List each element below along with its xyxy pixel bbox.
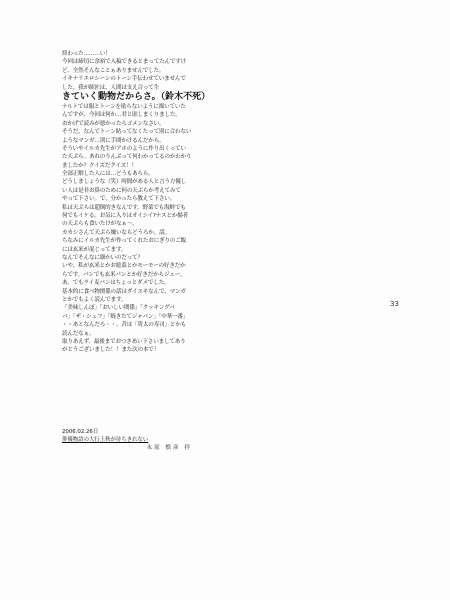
text-line: の天ぷらも食いたけがなぁ～。: [62, 220, 202, 228]
text-line: ・・あとなんだろ・・。昔は「将太の寿司」とかも: [62, 321, 202, 329]
author-signature: 永原 慎彦 拝: [62, 444, 202, 453]
page-number: 33: [390, 300, 399, 308]
text-line: やって下さい。で、分かったら教えて下さい。: [62, 195, 202, 203]
text-line: そうだ、なんでトーン貼ってなくたって別に合わない: [62, 128, 202, 136]
afterword-text: 終わった………い！今回は締切に余裕で入稿できるとまってたんですけど、全然そんなこ…: [62, 50, 202, 355]
text-line: パ」「ザ・シェフ」「焼きたてジャパン」「中華一番」: [62, 313, 202, 321]
caption: 俳優物語の大行上秋が待ちきれない: [62, 436, 202, 444]
text-line: た天ぷら。あれのりんぷって何わかってるのかわかり: [62, 153, 202, 161]
text-line: 読んだなぁ。: [62, 330, 202, 338]
text-line: カカシさんて天ぷら嫌いならどうろか。話。: [62, 229, 202, 237]
text-line: 取りあえず、最後までおつきあい下さいましてあり: [62, 338, 202, 346]
text-line: 基本的に食べ物関係の話はダイスキなんで、マンガ: [62, 288, 202, 296]
text-line: なんでそんなに細かいのだって？: [62, 254, 202, 262]
text-line: ましたか？クイズだクイズ！！: [62, 162, 202, 170]
text-line: 終わった………い！: [62, 50, 202, 58]
text-line: 全部正解した人には…どうもあらら。: [62, 170, 202, 178]
text-line: い人は是非お鼻のために何の天ぷらか考えてみて: [62, 187, 202, 195]
text-line: ちなみにイルカ先生が作ってくれたおにぎりのご飯: [62, 237, 202, 245]
text-line: ようなマンガ…別に手間かけるんだから。: [62, 137, 202, 145]
text-line: きていく動物だからさ。（鈴木不死）: [62, 92, 202, 103]
text-line: そういやイルカ先生がアホのように作り出くってい: [62, 145, 202, 153]
text-line: には玄米が混じってます。: [62, 246, 202, 254]
text-line: イキナリエロシーンのトーン手伝わせていませんで: [62, 75, 202, 83]
document-page: 終わった………い！今回は締切に余裕で入稿できるとまってたんですけど、全然そんなこ…: [0, 0, 450, 600]
text-line: んですが、今回は何か…君と貼しまくりました。: [62, 111, 202, 119]
text-line: ナルトでは服とトーンを貼らないように描いていた: [62, 103, 202, 111]
text-line: 私は天ぷらは超倒的きなんです。野菜でも海鮮でも: [62, 204, 202, 212]
text-line: ど、全然そんなことぁありませんでした。: [62, 67, 202, 75]
text-line: どうしましょうな（笑）時間がある人と言う方優し: [62, 178, 202, 186]
text-line: とかでもよく読んでます。: [62, 296, 202, 304]
text-line: あ、でもライ麦パンはちょっとダメでした。: [62, 279, 202, 287]
text-line: いや、私が玄米とかお総菜とかモーモーの好きだか: [62, 262, 202, 270]
text-line: 何でもイケる。お気に入りはオイシイ?ナスとか揚者: [62, 212, 202, 220]
text-line: らです。パンでも玄米パンとか好きだからジュー。: [62, 271, 202, 279]
text-line: おかげで読みが悪かったらゴメンなさい。: [62, 120, 202, 128]
text-line: した。我が師匠は、人間は支え合って生: [62, 84, 202, 92]
signoff-block: 2006.02.26日 俳優物語の大行上秋が待ちきれない 永原 慎彦 拝: [62, 428, 202, 453]
date: 2006.02.26日: [62, 428, 202, 436]
text-line: 「美味しんぼ」「おいしい関係」「クッキングパ: [62, 304, 202, 312]
text-line: 今回は締切に余裕で入稿できるとまってたんですけ: [62, 58, 202, 66]
text-line: がとうございました！！また次の本で！: [62, 346, 202, 354]
